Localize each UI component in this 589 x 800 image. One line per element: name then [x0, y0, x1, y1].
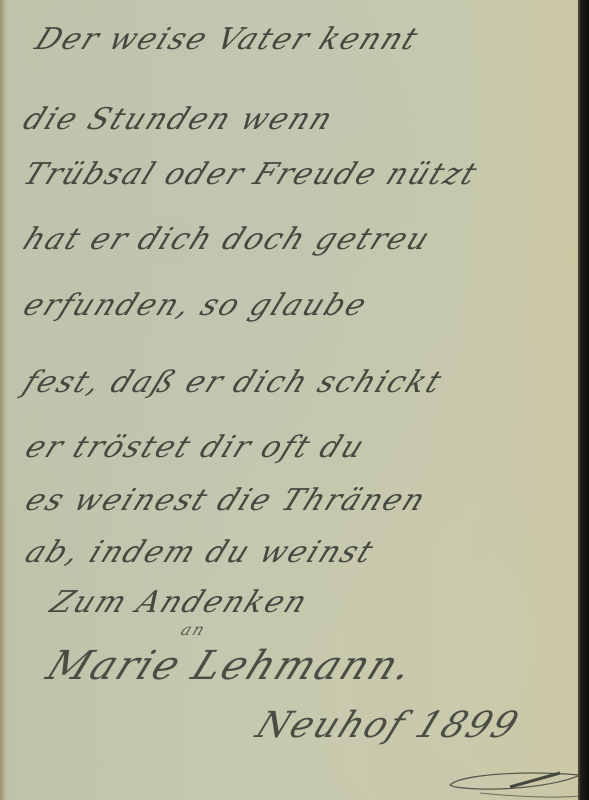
- dedication-heading: Zum Andenken: [45, 585, 314, 620]
- verse-line-7: er tröstet dir oft du: [20, 430, 371, 465]
- verse-line-3: Trübsal oder Freude nützt: [18, 157, 484, 192]
- verse-line-5: erfunden, so glaube: [18, 288, 373, 323]
- album-page: Der weise Vater kennt die Stunden wenn T…: [0, 0, 578, 800]
- place-and-date: Neuhof 1899: [250, 705, 526, 746]
- signature-name: Marie Lehmann.: [40, 643, 422, 689]
- dedication-preposition: an: [178, 620, 210, 639]
- verse-line-6: fest, daß er dich schickt: [18, 365, 448, 400]
- book-binding-edge: [578, 0, 589, 800]
- verse-line-9: ab, indem du weinst: [20, 535, 380, 570]
- signature-flourish-icon: [440, 755, 578, 800]
- verse-line-1: Der weise Vater kennt: [30, 22, 425, 57]
- verse-line-8: es weinest die Thränen: [20, 483, 432, 518]
- verse-line-2: die Stunden wenn: [18, 102, 339, 137]
- verse-line-4: hat er dich doch getreu: [18, 222, 436, 257]
